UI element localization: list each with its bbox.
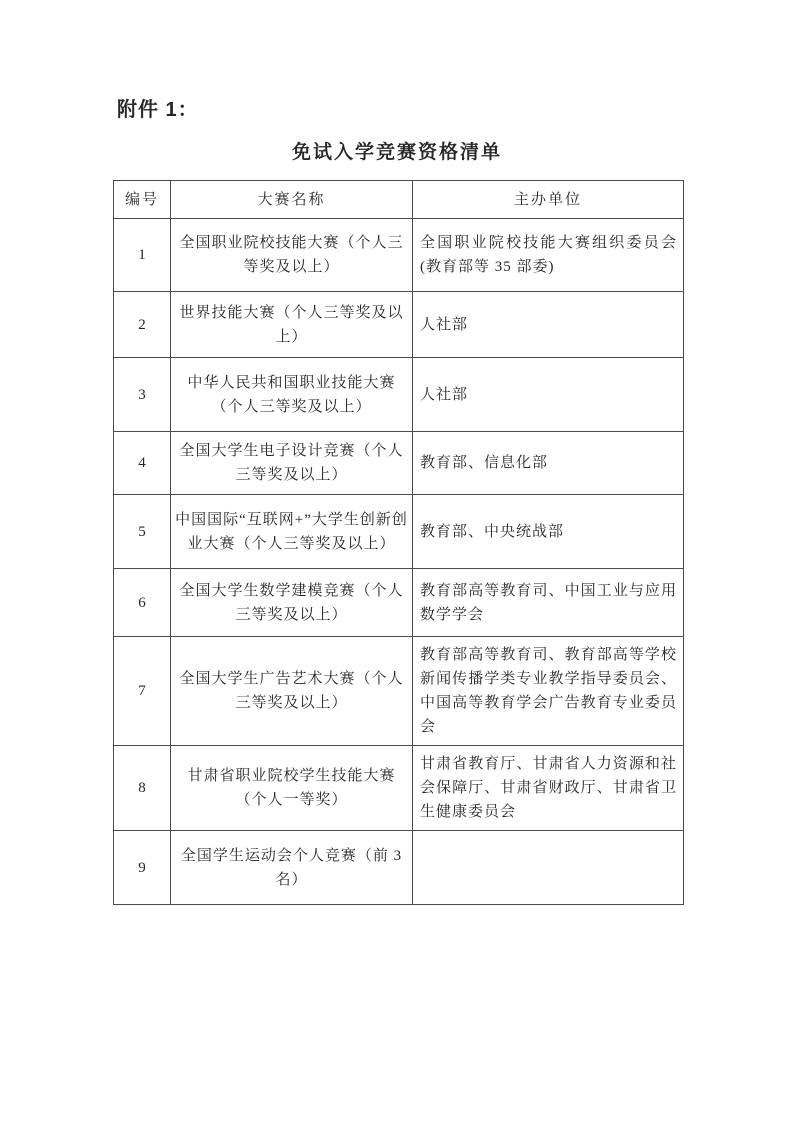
column-header-name: 大赛名称 [171,181,413,219]
organizer-cell: 人社部 [413,292,684,358]
table-row: 8 甘肃省职业院校学生技能大赛（个人一等奖） 甘肃省教育厅、甘肃省人力资源和社会… [114,746,684,831]
qualification-table: 编号 大赛名称 主办单位 1 全国职业院校技能大赛（个人三等奖及以上） 全国职业… [113,180,684,905]
competition-name-cell: 全国大学生数学建模竞赛（个人三等奖及以上） [171,569,413,637]
table-header-row: 编号 大赛名称 主办单位 [114,181,684,219]
table-row: 5 中国国际“互联网+”大学生创新创业大赛（个人三等奖及以上） 教育部、中央统战… [114,495,684,569]
row-number-cell: 4 [114,432,171,495]
competition-name-cell: 中国国际“互联网+”大学生创新创业大赛（个人三等奖及以上） [171,495,413,569]
organizer-cell: 全国职业院校技能大赛组织委员会(教育部等 35 部委) [413,219,684,292]
organizer-cell: 教育部高等教育司、教育部高等学校新闻传播学类专业教学指导委员会、中国高等教育学会… [413,637,684,746]
table-row: 1 全国职业院校技能大赛（个人三等奖及以上） 全国职业院校技能大赛组织委员会(教… [114,219,684,292]
row-number-cell: 5 [114,495,171,569]
table-row: 3 中华人民共和国职业技能大赛（个人三等奖及以上） 人社部 [114,358,684,432]
competition-name-cell: 中华人民共和国职业技能大赛（个人三等奖及以上） [171,358,413,432]
competition-name-cell: 全国职业院校技能大赛（个人三等奖及以上） [171,219,413,292]
row-number-cell: 3 [114,358,171,432]
competition-name-cell: 世界技能大赛（个人三等奖及以上） [171,292,413,358]
row-number-cell: 8 [114,746,171,831]
organizer-cell: 教育部、中央统战部 [413,495,684,569]
column-header-id: 编号 [114,181,171,219]
organizer-cell [413,831,684,905]
organizer-cell: 人社部 [413,358,684,432]
page-title: 免试入学竞赛资格清单 [0,139,794,167]
column-header-organizer: 主办单位 [413,181,684,219]
organizer-cell: 甘肃省教育厅、甘肃省人力资源和社会保障厅、甘肃省财政厅、甘肃省卫生健康委员会 [413,746,684,831]
competition-name-cell: 全国学生运动会个人竞赛（前 3 名） [171,831,413,905]
table-row: 9 全国学生运动会个人竞赛（前 3 名） [114,831,684,905]
table-row: 2 世界技能大赛（个人三等奖及以上） 人社部 [114,292,684,358]
table-row: 4 全国大学生电子设计竞赛（个人三等奖及以上） 教育部、信息化部 [114,432,684,495]
competition-name-cell: 甘肃省职业院校学生技能大赛（个人一等奖） [171,746,413,831]
table-row: 7 全国大学生广告艺术大赛（个人三等奖及以上） 教育部高等教育司、教育部高等学校… [114,637,684,746]
attachment-label: 附件 1： [117,97,794,123]
organizer-cell: 教育部、信息化部 [413,432,684,495]
row-number-cell: 6 [114,569,171,637]
competition-name-cell: 全国大学生电子设计竞赛（个人三等奖及以上） [171,432,413,495]
competition-name-cell: 全国大学生广告艺术大赛（个人三等奖及以上） [171,637,413,746]
row-number-cell: 2 [114,292,171,358]
row-number-cell: 9 [114,831,171,905]
row-number-cell: 1 [114,219,171,292]
table-row: 6 全国大学生数学建模竞赛（个人三等奖及以上） 教育部高等教育司、中国工业与应用… [114,569,684,637]
row-number-cell: 7 [114,637,171,746]
organizer-cell: 教育部高等教育司、中国工业与应用数学学会 [413,569,684,637]
